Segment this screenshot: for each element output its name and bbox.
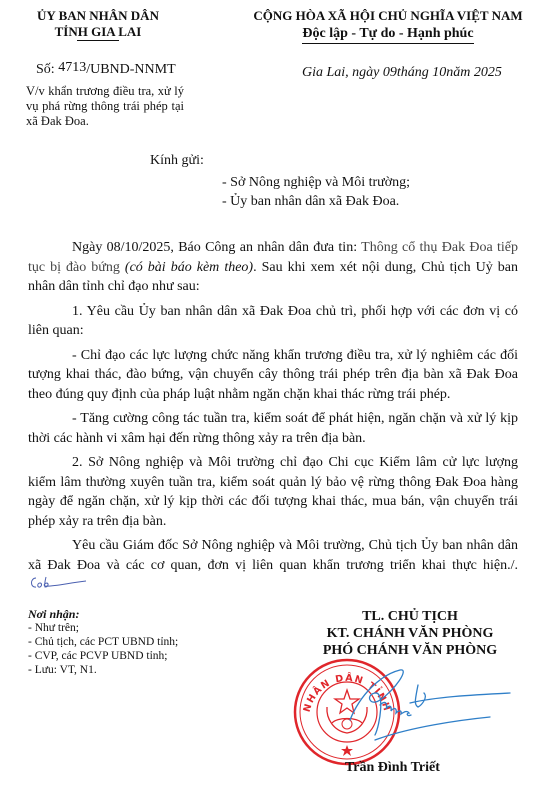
recipients-label: Kính gửi: [150,153,204,169]
month: 10 [432,65,446,80]
national-motto: Độc lập - Tự do - Hạnh phúc [302,25,473,44]
distribution-item: - CVP, các PCVP UBND tỉnh; [28,649,178,663]
authority-line-1: ỦY BAN NHÂN DÂN [18,8,178,24]
item-2: 2. Sở Nông nghiệp và Môi trường chỉ đạo … [28,453,518,531]
day: 09 [383,65,397,80]
distribution-list: Nơi nhận: - Như trên; - Chủ tịch, các PC… [28,607,178,677]
signature-line-1: TL. CHỦ TỊCH [280,608,540,625]
place: Gia Lai, ngày [302,65,379,80]
distribution-item: - Như trên; [28,621,178,635]
document-number: Số: 4713/UBND-NNMT [36,62,176,78]
distribution-item: - Chủ tịch, các PCT UBND tỉnh; [28,635,178,649]
signature-title: TL. CHỦ TỊCH KT. CHÁNH VĂN PHÒNG PHÓ CHÁ… [280,608,540,659]
number-suffix: /UBND-NNMT [86,62,175,77]
place-date: Gia Lai, ngày 09tháng 10năm 2025 [302,65,502,81]
year-label: năm [446,65,470,80]
national-header: CỘNG HÒA XÃ HỘI CHỦ NGHĨA VIỆT NAM Độc l… [238,8,538,44]
recipient-item: - Sở Nông nghiệp và Môi trường; [222,173,410,192]
year: 2025 [474,65,502,80]
item-1-a: - Chỉ đạo các lực lượng chức năng khẩn t… [28,346,518,405]
number-prefix: Số: [36,62,55,77]
issuing-authority: ỦY BAN NHÂN DÂN TỈNH GIA LAI [18,8,178,40]
handwritten-signature-icon [340,665,520,745]
attachment-note: (có bài báo kèm theo) [125,260,253,275]
closing-text: Yêu cầu Giám đốc Sở Nông nghiệp và Môi t… [28,538,518,573]
number-value: 4713 [58,60,86,75]
authority-line-2: TỈNH GIA LAI [55,24,142,40]
recipient-item: - Ủy ban nhân dân xã Đak Đoa. [222,192,410,211]
item-1-b: - Tăng cường công tác tuần tra, kiểm soá… [28,409,518,448]
item-1: 1. Yêu cầu Ủy ban nhân dân xã Đak Đoa ch… [28,302,518,341]
distribution-title: Nơi nhận: [28,607,178,621]
initial-mark [28,577,88,591]
intro-text: Ngày 08/10/2025, Báo Công an nhân dân đư… [72,240,361,255]
month-label: tháng [397,65,429,80]
document-body: Ngày 08/10/2025, Báo Công an nhân dân đư… [28,238,518,600]
intro-paragraph: Ngày 08/10/2025, Báo Công an nhân dân đư… [28,238,518,297]
document-subject: V/v khẩn trương điều tra, xử lý vụ phá r… [26,84,184,129]
distribution-item: - Lưu: VT, N1. [28,663,178,677]
recipients-list: - Sở Nông nghiệp và Môi trường; - Ủy ban… [222,173,410,211]
signature-line-2: KT. CHÁNH VĂN PHÒNG [280,625,540,642]
signer-name: Trần Đình Triết [345,760,440,776]
national-title: CỘNG HÒA XÃ HỘI CHỦ NGHĨA VIỆT NAM [238,8,538,24]
closing-paragraph: Yêu cầu Giám đốc Sở Nông nghiệp và Môi t… [28,536,518,595]
